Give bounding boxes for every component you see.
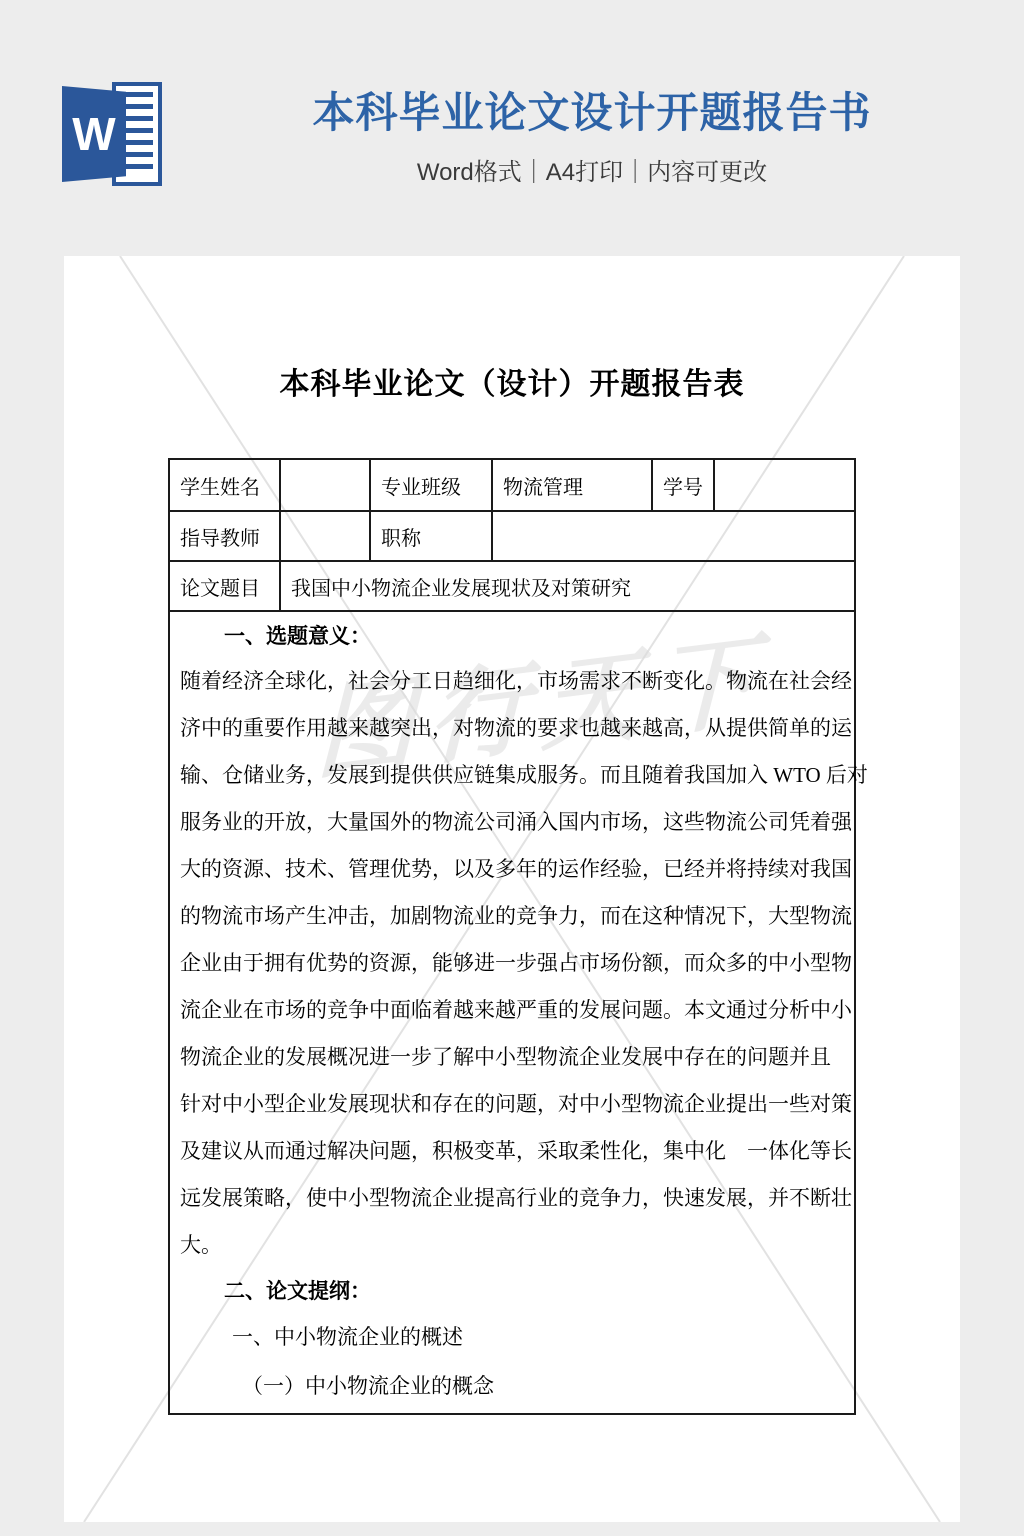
- word-icon-slab: W: [62, 86, 126, 182]
- field-value-advisor[interactable]: [280, 511, 370, 561]
- section1-heading: 一、选题意义：: [180, 614, 844, 658]
- field-label-thesis-title: 论文题目: [169, 561, 280, 611]
- document-title: 本科毕业论文（设计）开题报告表: [64, 364, 960, 406]
- field-value-student-name[interactable]: [280, 459, 370, 511]
- paragraph-line: 物流企业的发展概况进一步了解中小型物流企业发展中存在的问题并且: [180, 1034, 844, 1081]
- section2-heading: 二、论文提纲：: [180, 1269, 844, 1313]
- paragraph-line: 大。: [180, 1222, 844, 1269]
- field-label-title-rank: 职称: [370, 511, 492, 561]
- paragraph-line: 及建议从而通过解决问题，积极变革，采取柔性化，集中化 一体化等长: [180, 1128, 844, 1175]
- paragraph-line: 济中的重要作用越来越突出，对物流的要求也越来越高，从提供简单的运: [180, 705, 844, 752]
- field-label-student-id: 学号: [652, 459, 714, 511]
- header-text-block: 本科毕业论文设计开题报告书 Word格式｜A4打印｜内容可更改: [160, 88, 1024, 187]
- report-table: 学生姓名 专业班级 物流管理 学号 指导教师 职称 论文题目 我国中小物流企业发…: [168, 458, 856, 1415]
- field-label-student-name: 学生姓名: [169, 459, 280, 511]
- outline-item: （一）中小物流企业的概念: [180, 1362, 844, 1411]
- template-header: W 本科毕业论文设计开题报告书 Word格式｜A4打印｜内容可更改: [0, 0, 1024, 256]
- outline-item: 一、中小物流企业的概述: [180, 1313, 844, 1362]
- word-icon-letter: W: [72, 111, 115, 157]
- paragraph-line: 针对中小型企业发展现状和存在的问题，对中小型物流企业提出一些对策: [180, 1081, 844, 1128]
- template-subtitle: Word格式｜A4打印｜内容可更改: [160, 152, 1024, 187]
- word-icon: W: [62, 82, 162, 186]
- report-body-cell: 一、选题意义： 随着经济全球化，社会分工日趋细化，市场需求不断变化。物流在社会经…: [169, 611, 855, 1414]
- field-label-advisor: 指导教师: [169, 511, 280, 561]
- paragraph-line: 随着经济全球化，社会分工日趋细化，市场需求不断变化。物流在社会经: [180, 658, 844, 705]
- field-value-student-id[interactable]: [714, 459, 855, 511]
- paragraph-line: 远发展策略，使中小型物流企业提高行业的竞争力，快速发展，并不断壮: [180, 1175, 844, 1222]
- paragraph-line: 流企业在市场的竞争中面临着越来越严重的发展问题。本文通过分析中小: [180, 987, 844, 1034]
- paragraph-line: 企业由于拥有优势的资源，能够进一步强占市场份额，而众多的中小型物: [180, 940, 844, 987]
- template-title: 本科毕业论文设计开题报告书: [160, 88, 1024, 138]
- field-value-title-rank[interactable]: [492, 511, 855, 561]
- field-label-major-class: 专业班级: [370, 459, 492, 511]
- field-value-major-class[interactable]: 物流管理: [492, 459, 652, 511]
- table-row: 论文题目 我国中小物流企业发展现状及对策研究: [169, 561, 855, 611]
- paragraph-line: 服务业的开放，大量国外的物流公司涌入国内市场，这些物流公司凭着强: [180, 799, 844, 846]
- table-row: 学生姓名 专业班级 物流管理 学号: [169, 459, 855, 511]
- paragraph-line: 大的资源、技术、管理优势，以及多年的运作经验，已经并将持续对我国: [180, 846, 844, 893]
- table-row: 指导教师 职称: [169, 511, 855, 561]
- paragraph-line: 的物流市场产生冲击，加剧物流业的竞争力，而在这种情况下，大型物流: [180, 893, 844, 940]
- paragraph-line: 输、仓储业务，发展到提供供应链集成服务。而且随着我国加入 WTO 后对: [180, 752, 844, 799]
- table-row: 一、选题意义： 随着经济全球化，社会分工日趋细化，市场需求不断变化。物流在社会经…: [169, 611, 855, 1414]
- document-page: 图行天下 本科毕业论文（设计）开题报告表 学生姓名 专业班级 物流管理 学号 指…: [64, 256, 960, 1522]
- field-value-thesis-title: 我国中小物流企业发展现状及对策研究: [280, 561, 855, 611]
